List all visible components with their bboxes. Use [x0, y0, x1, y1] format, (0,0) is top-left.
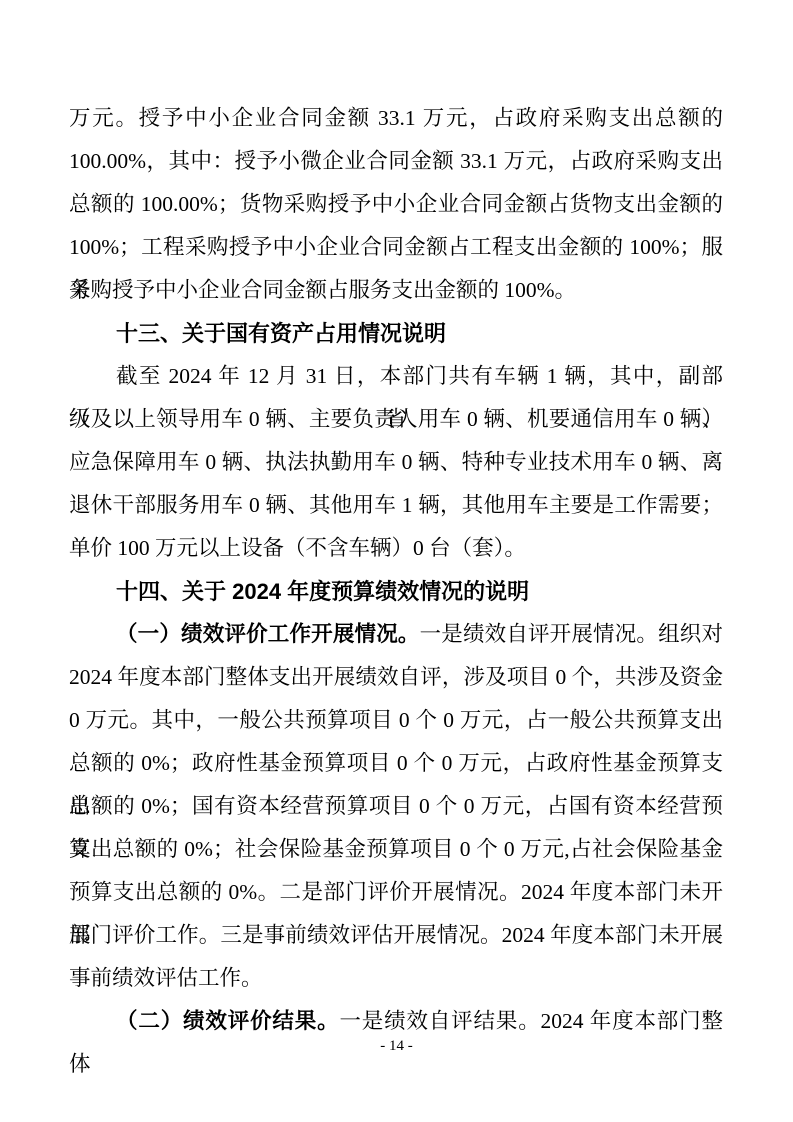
text-line: 应急保障用车 0 辆、执法执勤用车 0 辆、特种专业技术用车 0 辆、离 — [69, 441, 723, 484]
text-run: 事前绩效评估工作。 — [69, 966, 263, 990]
text-line: 截至 2024 年 12 月 31 日，本部门共有车辆 1 辆，其中，副部（省） — [69, 355, 723, 398]
text-line: 部门评价工作。三是事前绩效评估开展情况。2024 年度本部门未开展 — [69, 914, 723, 957]
text-line: （一）绩效评价工作开展情况。一是绩效自评开展情况。组织对 — [69, 613, 723, 656]
text-run: 应急保障用车 0 辆、执法执勤用车 0 辆、特种专业技术用车 0 辆、离 — [69, 450, 723, 474]
text-line: 预算支出总额的 0%。二是部门评价开展情况。2024 年度本部门未开展 — [69, 871, 723, 914]
text-line: 单价 100 万元以上设备（不含车辆）0 台（套）。 — [69, 527, 723, 570]
bold-text-run: （二）绩效评价结果。 — [116, 1009, 339, 1033]
text-run: 2024 年度本部门整体支出开展绩效自评，涉及项目 0 个，共涉及资金 — [69, 665, 723, 689]
text-line: 100.00%，其中：授予小微企业合同金额 33.1 万元，占政府采购支出 — [69, 140, 723, 183]
text-run: 支出总额的 0%；社会保险基金预算项目 0 个 0 万元,占社会保险基金 — [69, 837, 723, 861]
bold-text-run: 十三、关于国有资产占用情况说明 — [116, 321, 446, 346]
text-line: 2024 年度本部门整体支出开展绩效自评，涉及项目 0 个，共涉及资金 — [69, 656, 723, 699]
text-line: 0 万元。其中，一般公共预算项目 0 个 0 万元，占一般公共预算支出 — [69, 699, 723, 742]
text-line: 事前绩效评估工作。 — [69, 957, 723, 1000]
text-run: 级及以上领导用车 0 辆、主要负责人用车 0 辆、机要通信用车 0 辆、 — [69, 407, 723, 431]
text-run: 单价 100 万元以上设备（不含车辆）0 台（套）。 — [69, 536, 526, 560]
text-line: 总额的 0%；政府性基金预算项目 0 个 0 万元，占政府性基金预算支出 — [69, 742, 723, 785]
text-run: 一是绩效自评开展情况。组织对 — [420, 622, 723, 646]
text-run: 退休干部服务用车 0 辆、其他用车 1 辆，其他用车主要是工作需要； — [69, 493, 723, 517]
bold-text-run: 十四、关于 2024 年度预算绩效情况的说明 — [116, 579, 529, 604]
page-number: - 14 - — [0, 1036, 793, 1056]
text-line: 总额的 0%；国有资本经营预算项目 0 个 0 万元，占国有资本经营预算 — [69, 785, 723, 828]
text-run: 采购授予中小企业合同金额占服务支出金额的 100%。 — [69, 278, 576, 302]
text-line: 级及以上领导用车 0 辆、主要负责人用车 0 辆、机要通信用车 0 辆、 — [69, 398, 723, 441]
document-page: 万元。授予中小企业合同金额 33.1 万元，占政府采购支出总额的100.00%，… — [0, 0, 793, 1122]
text-run: 100.00%，其中：授予小微企业合同金额 33.1 万元，占政府采购支出 — [69, 149, 723, 173]
bold-text-run: （一）绩效评价工作开展情况。 — [116, 622, 420, 646]
document-body: 万元。授予中小企业合同金额 33.1 万元，占政府采购支出总额的100.00%，… — [69, 97, 723, 1043]
text-line: 万元。授予中小企业合同金额 33.1 万元，占政府采购支出总额的 — [69, 97, 723, 140]
text-run: 0 万元。其中，一般公共预算项目 0 个 0 万元，占一般公共预算支出 — [69, 708, 723, 732]
text-line: 采购授予中小企业合同金额占服务支出金额的 100%。 — [69, 269, 723, 312]
section-heading: 十四、关于 2024 年度预算绩效情况的说明 — [69, 570, 723, 613]
text-line: 退休干部服务用车 0 辆、其他用车 1 辆，其他用车主要是工作需要； — [69, 484, 723, 527]
text-line: 支出总额的 0%；社会保险基金预算项目 0 个 0 万元,占社会保险基金 — [69, 828, 723, 871]
section-heading: 十三、关于国有资产占用情况说明 — [69, 312, 723, 355]
text-run: 总额的 100.00%；货物采购授予中小企业合同金额占货物支出金额的 — [69, 192, 723, 216]
text-run: 万元。授予中小企业合同金额 33.1 万元，占政府采购支出总额的 — [69, 106, 723, 130]
text-line: 总额的 100.00%；货物采购授予中小企业合同金额占货物支出金额的 — [69, 183, 723, 226]
text-run: 部门评价工作。三是事前绩效评估开展情况。2024 年度本部门未开展 — [69, 923, 723, 947]
text-line: 100%；工程采购授予中小企业合同金额占工程支出金额的 100%；服务 — [69, 226, 723, 269]
